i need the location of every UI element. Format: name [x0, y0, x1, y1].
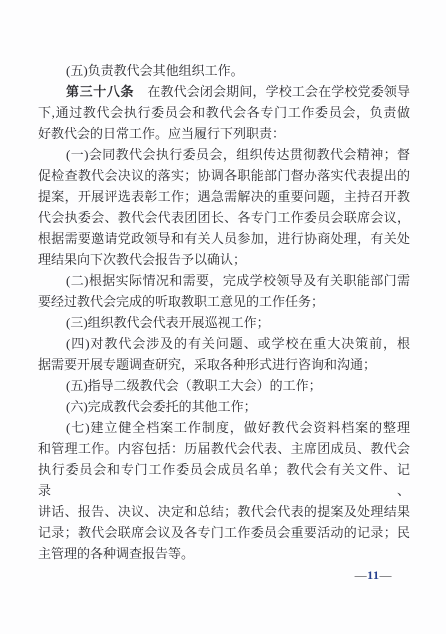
text-line: (七)建立健全档案工作制度，做好教代会资料档案的整理 [38, 417, 410, 438]
text-line: 主管理的各种调查报告等。 [38, 543, 410, 564]
text-line: 记录；教代会联席会议及各专门工作委员会重要活动的记录；民 [38, 522, 410, 543]
text-line: 执行委员会和专门工作委员会成员名单；教代会有关文件、记录、 [38, 459, 410, 501]
text-line: 理结果向下次教代会报告予以确认； [38, 249, 410, 270]
text-line: (三)组织教代会代表开展巡视工作； [38, 312, 410, 333]
document-page: (五)负责教代会其他组织工作。 第三十八条 在教代会闭会期间，学校工会在学校党委… [0, 0, 446, 634]
text-line: (四)对教代会涉及的有关问题、或学校在重大决策前，根 [38, 333, 410, 354]
text-line: 下,通过教代会执行委员会和教代会各专门工作委员会，负责做 [38, 102, 410, 123]
text-line: (二)根据实际情况和需要，完成学校领导及有关职能部门需 [38, 270, 410, 291]
text-line: (一)会同教代会执行委员会，组织传达贯彻教代会精神；督 [38, 144, 410, 165]
text-line: 要经过教代会完成的听取教职工意见的工作任务； [38, 291, 410, 312]
text-line: 好教代会的日常工作。应当履行下列职责： [38, 123, 410, 144]
text-line: 代会执委会、教代会代表团团长、各专门工作委员会联席会议， [38, 207, 410, 228]
page-number: —11— [355, 568, 392, 583]
text-line-article-heading: 第三十八条 在教代会闭会期间，学校工会在学校党委领导 [38, 81, 410, 102]
page-number-dash-right: — [380, 568, 393, 582]
text-line: 根据需要邀请党政领导和有关人员参加，进行协商处理，有关处 [38, 228, 410, 249]
page-number-dash-left: — [355, 568, 368, 582]
text-line: 促检查教代会决议的落实；协调各职能部门督办落实代表提出的 [38, 165, 410, 186]
text-line: 讲话、报告、决议、决定和总结；教代会代表的提案及处理结果 [38, 501, 410, 522]
text-line: 和管理工作。内容包括：历届教代会代表、主席团成员、教代会 [38, 438, 410, 459]
text-line: (五)指导二级教代会（教职工大会）的工作； [38, 375, 410, 396]
text-line: 据需要开展专题调查研究，采取各种形式进行咨询和沟通； [38, 354, 410, 375]
text-line: (五)负责教代会其他组织工作。 [38, 60, 410, 81]
text-line: 提案，开展评选表彰工作；遇急需解决的重要问题，主持召开教 [38, 186, 410, 207]
text-line: (六)完成教代会委托的其他工作； [38, 396, 410, 417]
document-body: (五)负责教代会其他组织工作。 第三十八条 在教代会闭会期间，学校工会在学校党委… [38, 60, 410, 564]
page-number-value: 11 [367, 568, 379, 582]
article-heading-text: 在教代会闭会期间，学校工会在学校党委领导 [134, 84, 410, 99]
article-number: 第三十八条 [66, 84, 134, 99]
